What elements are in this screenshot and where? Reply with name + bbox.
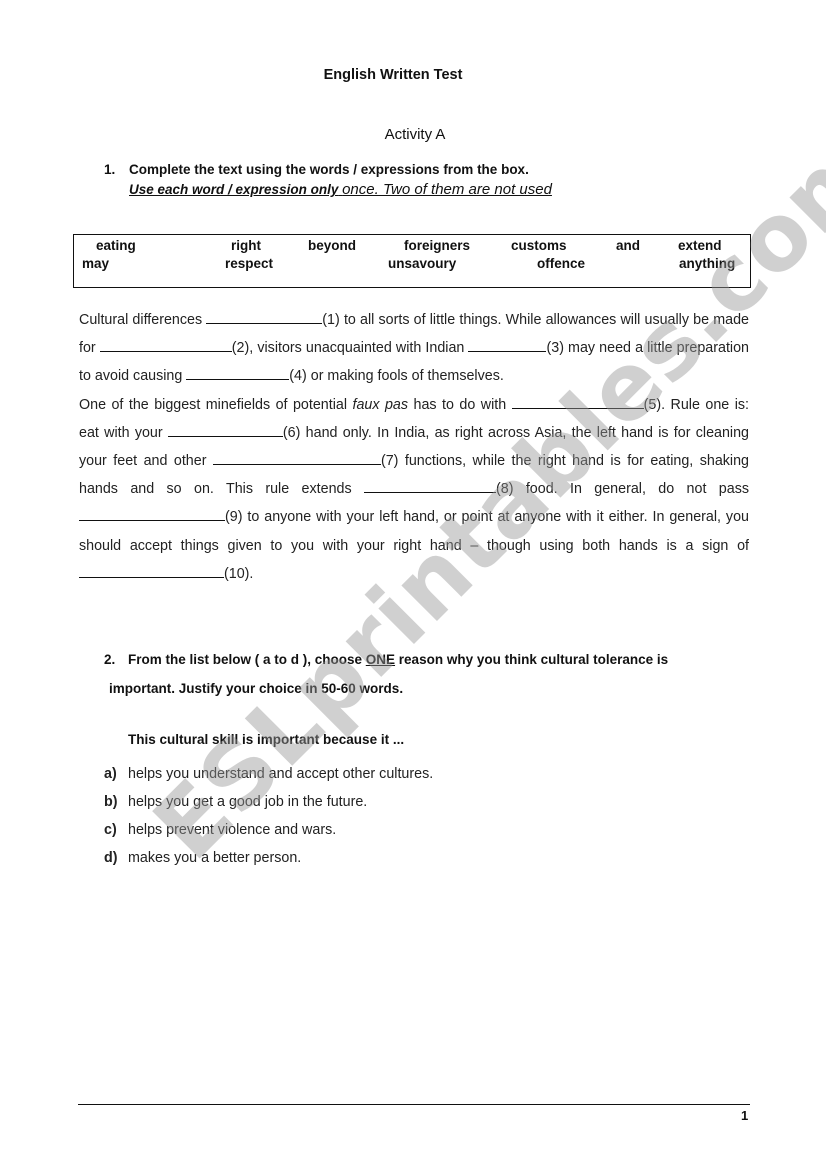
word-box-item: may: [82, 256, 109, 271]
question-2-number: 2.: [104, 645, 115, 674]
gap-7[interactable]: [213, 450, 381, 465]
gap-10[interactable]: [79, 563, 224, 578]
passage-text: (2), visitors unacquainted with Indian: [232, 340, 469, 356]
option-letter: d): [104, 850, 128, 866]
passage-text: has to do with: [408, 397, 512, 413]
options-lead-in: This cultural skill is important because…: [128, 732, 404, 747]
passage-text: Cultural differences: [79, 312, 206, 328]
sub-instruction-part-a: Use each word / expression only: [129, 182, 338, 197]
option-d[interactable]: d)makes you a better person.: [104, 850, 301, 866]
passage-paragraph-1: Cultural differences (1) to all sorts of…: [79, 306, 749, 391]
word-box-item: foreigners: [404, 238, 470, 253]
emphasis-one: ONE: [366, 652, 395, 667]
gap-6[interactable]: [168, 422, 283, 437]
word-box-item: right: [231, 238, 261, 253]
option-c[interactable]: c)helps prevent violence and wars.: [104, 822, 336, 838]
option-letter: b): [104, 794, 128, 810]
word-box-item: customs: [511, 238, 567, 253]
question-1-instruction: Complete the text using the words / expr…: [129, 162, 529, 177]
gap-9[interactable]: [79, 506, 225, 521]
word-box: eating right beyond foreigners customs a…: [73, 234, 751, 288]
worksheet-page: English Written Test Activity A 1. Compl…: [0, 0, 826, 1169]
option-text: helps you understand and accept other cu…: [128, 766, 433, 782]
gap-3[interactable]: [468, 337, 546, 352]
gap-4[interactable]: [186, 365, 289, 380]
option-text: makes you a better person.: [128, 850, 301, 866]
activity-heading: Activity A: [0, 126, 826, 143]
passage-text: One of the biggest minefields of potenti…: [79, 397, 352, 413]
question-2-instruction-line-1: From the list below ( a to d ), choose O…: [128, 645, 750, 674]
option-letter: c): [104, 822, 128, 838]
question-1-number: 1.: [104, 162, 115, 177]
word-box-item: unsavoury: [388, 256, 456, 271]
passage-italic-term: faux pas: [352, 397, 408, 413]
option-letter: a): [104, 766, 128, 782]
instruction-text: From the list below ( a to d ), choose: [128, 652, 366, 667]
sub-instruction-part-b: once. Two of them are not used: [342, 181, 552, 198]
word-box-item: and: [616, 238, 640, 253]
option-b[interactable]: b)helps you get a good job in the future…: [104, 794, 367, 810]
passage-text: (10).: [224, 566, 253, 582]
document-title: English Written Test: [0, 67, 786, 83]
word-box-item: beyond: [308, 238, 356, 253]
passage-text: (8) food. In general, do not pass: [496, 481, 749, 497]
gap-5[interactable]: [512, 394, 644, 409]
passage-paragraph-2: One of the biggest minefields of potenti…: [79, 391, 749, 588]
gap-1[interactable]: [206, 309, 322, 324]
word-box-item: offence: [537, 256, 585, 271]
footer-divider: [78, 1104, 750, 1105]
gap-2[interactable]: [100, 337, 232, 352]
gap-fill-passage: Cultural differences (1) to all sorts of…: [79, 306, 749, 588]
question-1-sub-instruction: Use each word / expression only once. Tw…: [129, 181, 552, 198]
word-box-item: anything: [679, 256, 735, 271]
option-text: helps you get a good job in the future.: [128, 794, 367, 810]
word-box-item: eating: [96, 238, 136, 253]
page-number: 1: [741, 1108, 748, 1123]
passage-text: (4) or making fools of themselves.: [289, 368, 504, 384]
gap-8[interactable]: [364, 478, 496, 493]
option-text: helps prevent violence and wars.: [128, 822, 336, 838]
option-a[interactable]: a)helps you understand and accept other …: [104, 766, 433, 782]
word-box-item: respect: [225, 256, 273, 271]
word-box-item: extend: [678, 238, 722, 253]
instruction-text: reason why you think cultural tolerance …: [395, 652, 668, 667]
question-2-instruction-line-2: important. Justify your choice in 50-60 …: [109, 674, 403, 703]
